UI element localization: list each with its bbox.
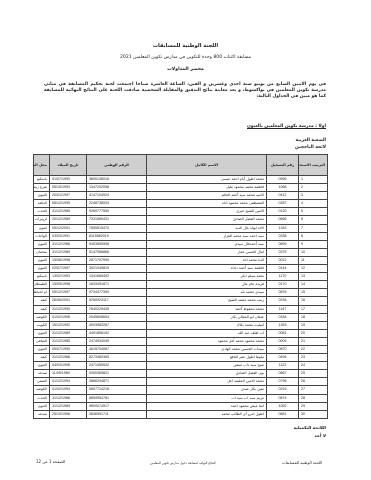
birth-date-cell: 31/12/1985 [50,208,87,216]
birth-date-cell: 25/10/1996 [50,410,87,418]
birth-date-cell: 31/12/1989 [50,248,87,256]
birth-place-cell: الواحات [34,232,50,240]
rank-cell: 3 [299,192,328,200]
name-cell: نجمة يسلم ابكر [147,273,267,281]
rank-cell: 13 [299,273,328,281]
rank-cell: 10 [299,248,328,256]
birth-date-cell: 02/07/1997 [50,265,87,273]
rank-cell: 1 [299,176,328,184]
name-cell: محمد اطول أيام احمد عيسى [147,176,267,184]
birth-place-cell: العيون [34,256,50,264]
birth-place-cell: الكويت [34,321,50,329]
table-row: 120144فاطمة سيد أحمد داداه392104981902/0… [34,265,328,273]
national-id-cell: 9800074917 [87,402,147,410]
birth-date-cell: 26/06/2001 [50,297,87,305]
table-row: 171167محمد محفوظ أحمد764022944531/12/199… [34,305,328,313]
birth-place-cell: كيفه [34,305,50,313]
table-row: 250667بون الفضل الصادق930036582111/09/19… [34,370,328,378]
national-id-cell: 7855515470 [87,224,147,232]
name-cell: زينب محمد محمد الشيخ [147,297,267,305]
birth-place-cell: باسكنو [34,273,50,281]
reg-cell: 0667 [267,370,299,378]
reg-cell: 0375 [267,248,299,256]
birth-place-cell: لعيون [34,224,50,232]
national-id-cell: 3890136016 [87,176,147,184]
header-nid: الرقم الوطني [87,155,147,176]
table-row: 30412الاميه محمد سيد أحمد العالم41471049… [34,192,328,200]
branch-label: الشعبة العربية [295,138,326,143]
birth-date-cell: 08/12/1995 [50,200,87,208]
reg-cell: 0870 [267,345,299,353]
birth-place-cell: العيون [34,362,50,370]
birth-place-cell: الصافي [34,337,50,345]
reg-cell: 0287 [267,200,299,208]
rank-cell: 28 [299,394,328,402]
reg-cell: 0120 [267,208,299,216]
birth-date-cell: 31/12/1986 [50,240,87,248]
org-title: اللجنة الوطنية للمسابقات [0,43,371,49]
reg-cell: 0234 [267,297,299,305]
national-id-cell: 2045608654 [87,313,147,321]
complementary-list-value: لا أحد [315,433,326,438]
name-cell: امال الحسن عمار [147,248,267,256]
birth-place-cell: تفرغ زينه [34,184,50,192]
name-cell: عثمان ابو المعالي بكار [147,313,267,321]
name-cell: الدة محمد اباه [147,256,267,264]
national-id-cell: 8859954781 [87,394,147,402]
birth-place-cell: بمعمان [34,248,50,256]
rank-cell: 11 [299,256,328,264]
table-row: 210009محمد محمود محمد آغل محمود247493404… [34,337,328,345]
rank-cell: 19 [299,321,328,329]
national-id-cell: 4147104924 [87,192,147,200]
rank-cell: 17 [299,305,328,313]
footer-org: اللجنة الوطنية للمسابقات [282,460,322,465]
rank-cell: 22 [299,345,328,353]
birth-date-cell: 04/03/1996 [50,362,87,370]
table-row: 40287المصطفى محمد محمود اداه224873800308… [34,200,328,208]
birth-place-cell: الحدث [34,394,50,402]
reg-cell: 0955 [267,176,299,184]
birth-place-cell: العيون [34,329,50,337]
name-cell: تيلوها اطول عمر النافع [147,354,267,362]
national-id-cell: 2871707990 [87,256,147,264]
name-cell: سيدات الحسين محمد الهادي [147,345,267,353]
document-type: محضر المداولات [0,67,371,72]
table-row: 270215متين بكار عبدي060771421601/02/1994… [34,386,328,394]
birth-date-cell: 11/09/1989 [50,370,87,378]
birth-date-cell: 15/06/1998 [50,256,87,264]
national-id-cell: 1633451871 [87,281,147,289]
table-row: 160234زينب محمد محمد الشيخ525092311726/0… [34,297,328,305]
table-row: 241122صبح سيد داب ميشن247145553204/03/19… [34,362,328,370]
birth-place-cell: العيون [34,265,50,273]
rank-cell: 8 [299,232,328,240]
national-id-cell: 4615704067 [87,345,147,353]
rank-cell: 30 [299,410,328,418]
reg-cell: 0796 [267,378,299,386]
table-row: 291052امنا عيش محمود احمد980007491731/12… [34,402,328,410]
national-id-cell: 3921049819 [87,265,147,273]
table-row: 131170نجمة يسلم ابكر134166549213/02/1993… [34,273,328,281]
birth-date-cell: 05/07/1990 [50,345,87,353]
national-id-cell: 0607714216 [87,386,147,394]
reg-cell: 0874 [267,394,299,402]
table-row: 191353اميليت محمد بكاك400398326715/12/19… [34,321,328,329]
table-row: 300851اطول امرو أي الطالب محمد3846991711… [34,410,328,418]
list-title: لائحة الناجحين [295,145,326,150]
reg-cell: 0899 [267,240,299,248]
reg-cell: 0665 [267,216,299,224]
table-row: 80338سيد احمد سيد محمد القزاز81155820190… [34,232,328,240]
name-cell: صبح سيد داب ميشن [147,362,267,370]
name-cell: سيد أحمدفال سيدي [147,240,267,248]
birth-date-cell: 15/05/1998 [50,281,87,289]
section-title: اولا : مدرسة تكوين المعلمين بالعيون [247,124,326,129]
table-row: 100375امال الحسن عمار514706686631/12/198… [34,248,328,256]
birth-place-cell: كيفه [34,354,50,362]
rank-cell: 27 [299,386,328,394]
reg-cell: 1353 [267,321,299,329]
name-cell: اميليت محمد بكاك [147,321,267,329]
rank-cell: 21 [299,337,328,345]
birth-date-cell: 20/01/1997 [50,192,87,200]
name-cell: الامين الشيخ خيري [147,208,267,216]
reg-cell: 0081 [267,329,299,337]
birth-place-cell: الحدث [34,208,50,216]
name-cell: متين بكار عبدي [147,386,267,394]
header-rank: الترتيب الاستحقاقي [299,155,328,176]
national-id-cell: 5147066866 [87,248,147,256]
name-cell: بون الفضل الصادق [147,370,267,378]
name-cell: امنا عيش محمود احمد [147,402,267,410]
name-cell: محمد محمود محمد آغل محمود [147,337,267,345]
header-dob: تاريخ الميلاد [50,155,87,176]
table-row: 10955محمد اطول أيام احمد عيسى38901360160… [34,176,328,184]
reg-cell: 1122 [267,362,299,370]
reg-cell: 0009 [267,337,299,345]
reg-cell: 0494 [267,354,299,362]
birth-place-cell: العيون [34,192,50,200]
reg-cell: 1068 [267,184,299,192]
name-cell: فريدة عام عال [147,281,267,289]
rank-cell: 9 [299,240,328,248]
table-row: 280874مريم سيد اب سيد اب885995478131/12/… [34,394,328,402]
results-table: الترتيب الاستحقاقي رقم التسجيل الاسم الك… [33,154,328,419]
rank-cell: 18 [299,313,328,321]
page-number: الصفحة 1 من 12 [36,459,65,464]
birth-date-cell: 03/03/1991 [50,232,87,240]
birth-date-cell: 31/12/1986 [50,394,87,402]
name-cell: محمد الامين الخليفه اعل [147,378,267,386]
birth-date-cell: 13/02/1993 [50,273,87,281]
reg-cell: 0412 [267,192,299,200]
birth-place-cell: الكوصه [34,313,50,321]
reg-cell: 1167 [267,305,299,313]
rank-cell: 2 [299,184,328,192]
table-row: 260796محمد الامين الخليفه اعل38662948710… [34,378,328,386]
rank-cell: 5 [299,208,328,216]
birth-date-cell: 31/12/1989 [50,402,87,410]
birth-place-cell: العيون [34,345,50,353]
birth-date-cell: 31/12/1990 [50,305,87,313]
complementary-list-title: اللائحة التكميلية [294,425,326,430]
birth-place-cell: لزويرات [34,216,50,224]
rank-cell: 25 [299,370,328,378]
name-cell: محمد محفوظ أحمد [147,305,267,313]
table-row: 140170فريدة عام عال163345187115/05/1998ا… [34,281,328,289]
reg-cell: 0338 [267,232,299,240]
table-row: 90899سيد أحمدفال سيدي940389595831/12/198… [34,240,328,248]
reg-cell: 1052 [267,402,299,410]
reg-cell: 0144 [267,265,299,273]
rank-cell: 20 [299,329,328,337]
rank-cell: 26 [299,378,328,386]
national-id-cell: 8115582019 [87,232,147,240]
name-cell: محمد الفضل الصادق [147,216,267,224]
birth-date-cell: 06/10/1993 [50,184,87,192]
rank-cell: 4 [299,200,328,208]
table-row: 21068فاطمة محمد محمود مليل134720205806/1… [34,184,328,192]
birth-date-cell: 20/12/1989 [50,216,87,224]
national-id-cell: 2471455532 [87,362,147,370]
table-row: 150876سيدي محمد بله973447739005/12/1997ا… [34,289,328,297]
national-id-cell: 4003983267 [87,321,147,329]
birth-place-cell: تنبدغه [34,370,50,378]
table-row: 200081اب لقلف عبد الله449185619231/12/19… [34,329,328,337]
national-id-cell: 7331569431 [87,216,147,224]
national-id-cell: 9300365821 [87,370,147,378]
national-id-cell: 9403895958 [87,240,147,248]
rank-cell: 24 [299,362,328,370]
rank-cell: 7 [299,224,328,232]
birth-place-cell: العيون [34,240,50,248]
birth-date-cell: 31/12/1985 [50,337,87,345]
name-cell: لالاه ابهاه عال الديد [147,224,267,232]
reg-cell: 1170 [267,273,299,281]
birth-date-cell: 01/07/1990 [50,176,87,184]
reg-cell: 0215 [267,386,299,394]
rank-cell: 16 [299,297,328,305]
header-name: الاسم الكامل [147,155,267,176]
birth-place-cell: ام لحياظ [34,289,50,297]
reg-cell: 0012 [267,256,299,264]
name-cell: المصطفى محمد محمود اداه [147,200,267,208]
reg-cell: 0851 [267,410,299,418]
header-reg: رقم التسجيل [267,155,299,176]
national-id-cell: 1341665492 [87,273,147,281]
table-header-row: الترتيب الاستحقاقي رقم التسجيل الاسم الك… [34,155,328,176]
table-row: 230494تيلوها اطول عمر النافع827348036531… [34,354,328,362]
reg-cell: 0184 [267,313,299,321]
rank-cell: 23 [299,354,328,362]
reg-cell: 1342 [267,224,299,232]
competition-title: مسابقة اكتتاب 800 وحدة للتكوين في مدارس … [0,55,371,60]
name-cell: الاميه محمد سيد أحمد العالم [147,192,267,200]
birth-place-cell: العيون [34,402,50,410]
table-row: 180184عثمان ابو المعالي بكار204560865401… [34,313,328,321]
table-row: 60665محمد الفضل الصادق733156943120/12/19… [34,216,328,224]
national-id-cell: 2248738003 [87,200,147,208]
name-cell: فاطمة سيد أحمد داداه [147,265,267,273]
birth-date-cell: 31/12/1986 [50,354,87,362]
name-cell: فاطمة محمد محمود مليل [147,184,267,192]
name-cell: اب لقلف عبد الله [147,329,267,337]
national-id-cell: 8273480365 [87,354,147,362]
rank-cell: 12 [299,265,328,273]
national-id-cell: 7640229445 [87,305,147,313]
name-cell: سيدي محمد بله [147,289,267,297]
rank-cell: 14 [299,281,328,289]
birth-date-cell: 01/02/1996 [50,313,87,321]
table-body: 10955محمد اطول أيام احمد عيسى38901360160… [34,176,328,419]
intro-paragraph: في يوم الاثنين السابع من يونيو سنة احدى … [44,82,326,101]
table-row: 220870سيدات الحسين محمد الهادي4615704067… [34,345,328,353]
national-id-cell: 1347202058 [87,184,147,192]
birth-date-cell: 01/12/1994 [50,378,87,386]
birth-date-cell: 31/12/1989 [50,329,87,337]
birth-place-cell: الكوصه [34,386,50,394]
national-id-cell: 9734477390 [87,289,147,297]
birth-date-cell: 15/12/1992 [50,321,87,329]
national-id-cell: 3846991711 [87,410,147,418]
birth-place-cell: كيفه [34,297,50,305]
name-cell: سيد احمد سيد محمد القزاز [147,232,267,240]
national-id-cell: 4491856192 [87,329,147,337]
name-cell: مريم سيد اب سيد اب [147,394,267,402]
national-id-cell: 5250923117 [87,297,147,305]
rank-cell: 15 [299,289,328,297]
birth-date-cell: 01/02/1994 [50,386,87,394]
rank-cell: 6 [299,216,328,224]
birth-date-cell: 05/12/1997 [50,289,87,297]
table-row: 110012الدة محمد اباه287170799015/06/1998… [34,256,328,264]
table-row: 50120الامين الشيخ خيري926977755031/12/19… [34,208,328,216]
reg-cell: 0876 [267,289,299,297]
birth-place-cell: الدفعه [34,200,50,208]
name-cell: اطول امرو أي الطالب محمد [147,410,267,418]
birth-place-cell: الصفي [34,378,50,386]
birth-date-cell: 05/12/2001 [50,224,87,232]
footer-center: النتائج النهائية لمسابقة دخول مدارس تكوي… [150,461,216,465]
national-id-cell: 9269777550 [87,208,147,216]
birth-place-cell: تنبدغه [34,410,50,418]
birth-place-cell: باسكنو [34,176,50,184]
rank-cell: 29 [299,402,328,410]
header-pob: محل الميلاد [34,155,50,176]
reg-cell: 0170 [267,281,299,289]
national-id-cell: 3866294871 [87,378,147,386]
national-id-cell: 2474934049 [87,337,147,345]
table-row: 71342لالاه ابهاه عال الديد785551547005/1… [34,224,328,232]
birth-place-cell: الطينطان [34,281,50,289]
